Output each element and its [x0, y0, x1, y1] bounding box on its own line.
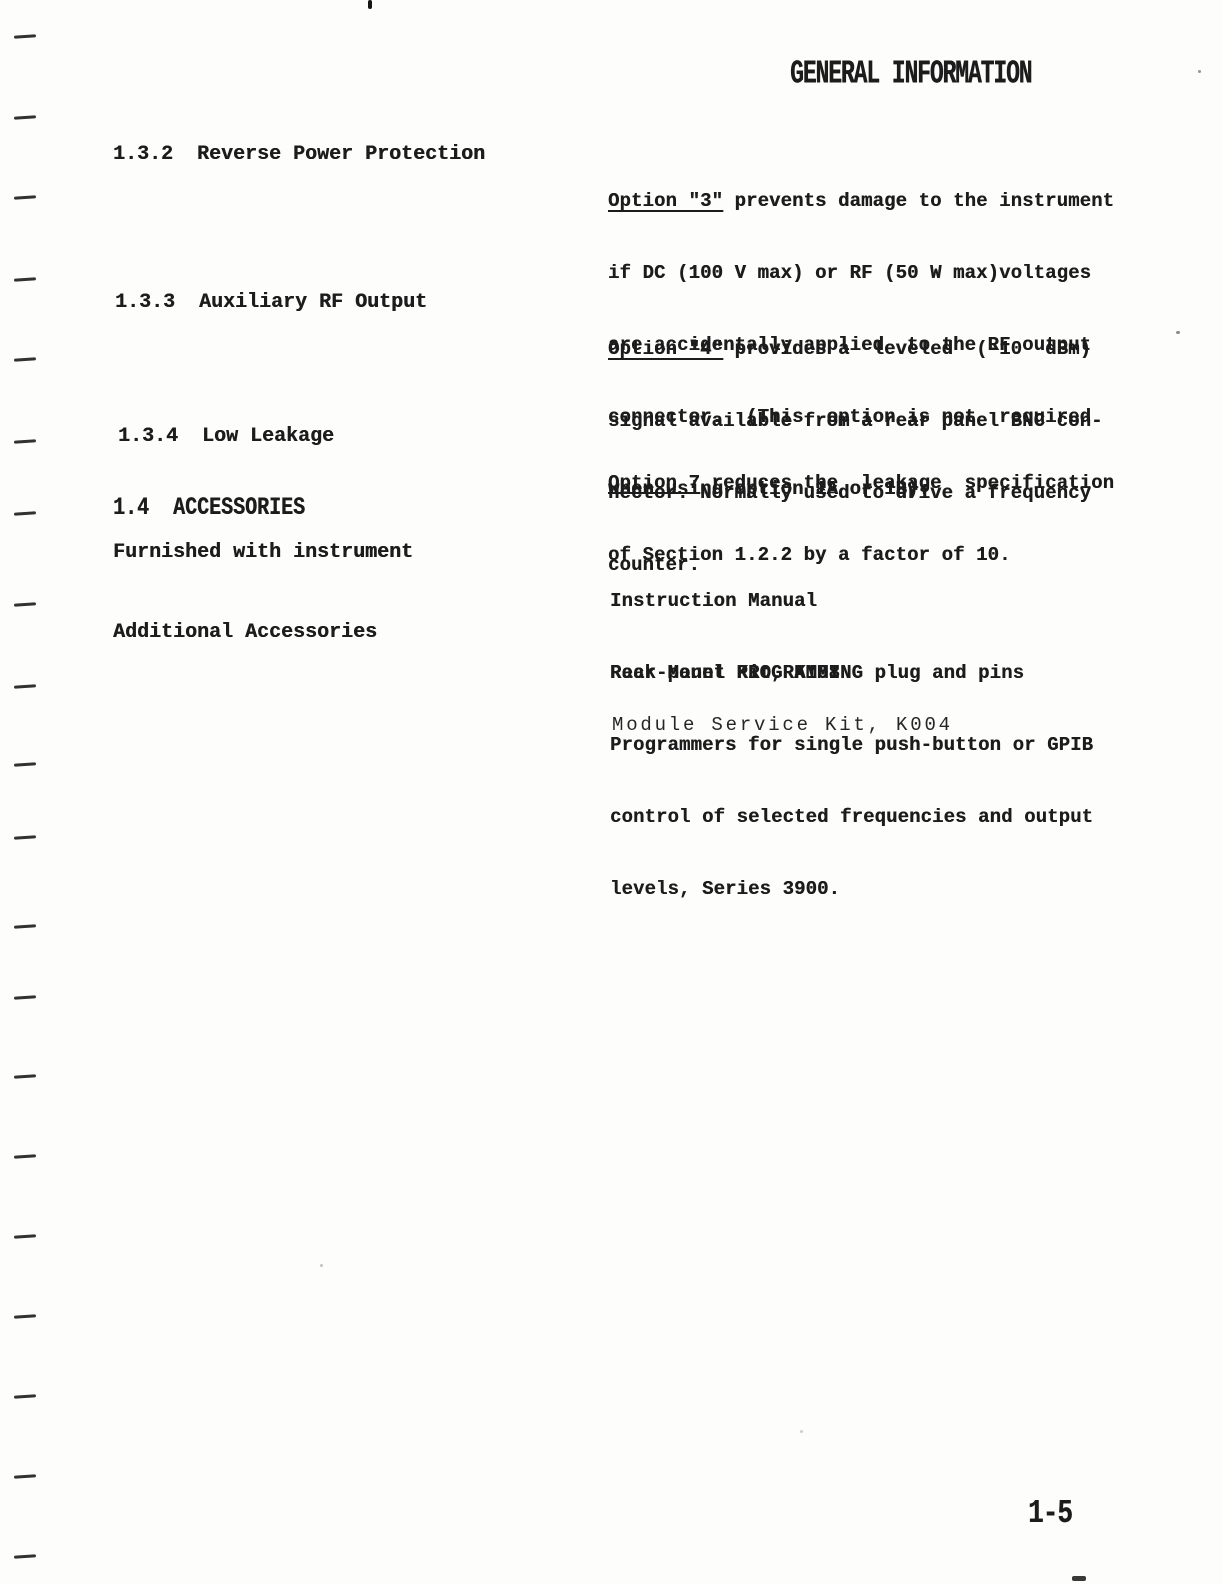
scan-speck: [320, 1264, 323, 1267]
scan-speck: [1176, 331, 1180, 334]
scan-margin-mark: [14, 115, 36, 120]
scan-margin-mark: [14, 357, 36, 362]
option-3-underline: Option "3": [608, 190, 723, 212]
scan-margin-mark: [14, 34, 36, 39]
scan-margin-mark: [14, 511, 36, 516]
scan-margin-mark: [14, 1234, 36, 1239]
furnished-label: Furnished with instrument: [113, 541, 413, 565]
section-heading-1-3-3: 1.3.3 Auxiliary RF Output: [115, 291, 427, 315]
scan-margin-mark: [14, 277, 36, 282]
additional-items: Rack Mount Kit, K108 Programmers for sin…: [610, 613, 1093, 949]
additional-label: Additional Accessories: [113, 621, 377, 645]
page-title: GENERAL INFORMATION: [790, 58, 1031, 91]
paragraph-line: if DC (100 V max) or RF (50 W max)voltag…: [608, 261, 1114, 285]
scan-margin-mark: [14, 1394, 36, 1399]
paragraph-line-rest: prevents damage to the instrument: [723, 190, 1114, 212]
scan-speck: [1072, 1576, 1086, 1581]
scan-margin-mark: [14, 1554, 36, 1559]
additional-item-module-kit: Module Service Kit, K004: [612, 713, 953, 737]
section-heading-1-3-2: 1.3.2 Reverse Power Protection: [113, 143, 485, 167]
scan-margin-mark: [14, 1314, 36, 1319]
scan-margin-mark: [14, 924, 36, 929]
scan-margin-mark: [14, 1074, 36, 1079]
scan-speck: [1198, 70, 1201, 73]
paragraph-line: Option 7 reduces the leakage specificati…: [608, 471, 1114, 495]
document-page: GENERAL INFORMATION 1.3.2 Reverse Power …: [0, 0, 1222, 1584]
list-item: control of selected frequencies and outp…: [610, 805, 1093, 829]
scan-margin-mark: [14, 762, 36, 767]
option-4-underline: Option "4": [608, 338, 723, 360]
paragraph-line-rest: reduces the leakage specification: [700, 472, 1114, 494]
scan-margin-mark: [14, 1474, 36, 1479]
scan-margin-mark: [14, 195, 36, 200]
scan-margin-mark: [14, 1154, 36, 1159]
section-heading-1-4: 1.4 ACCESSORIES: [113, 494, 305, 524]
section-heading-1-3-4: 1.3.4 Low Leakage: [118, 425, 334, 449]
list-item: levels, Series 3900.: [610, 877, 1093, 901]
scan-margin-mark: [14, 602, 36, 607]
list-item: Instruction Manual: [610, 589, 1024, 613]
scan-margin-mark: [14, 439, 36, 444]
scan-speck: [800, 1430, 803, 1433]
scan-margin-mark: [14, 684, 36, 689]
scan-margin-mark: [14, 835, 36, 840]
paragraph-line-rest: provides a leveled (-10 dBm): [723, 338, 1091, 360]
paragraph-line: Option "4" provides a leveled (-10 dBm): [608, 337, 1103, 361]
page-number: 1-5: [1028, 1496, 1072, 1530]
paragraph-line: Option "3" prevents damage to the instru…: [608, 189, 1114, 213]
scan-margin-mark: [14, 995, 36, 1000]
scan-speck: [368, 0, 372, 9]
list-item: Rack Mount Kit, K108: [610, 661, 1093, 685]
option-7-underline: Option 7: [608, 472, 700, 494]
